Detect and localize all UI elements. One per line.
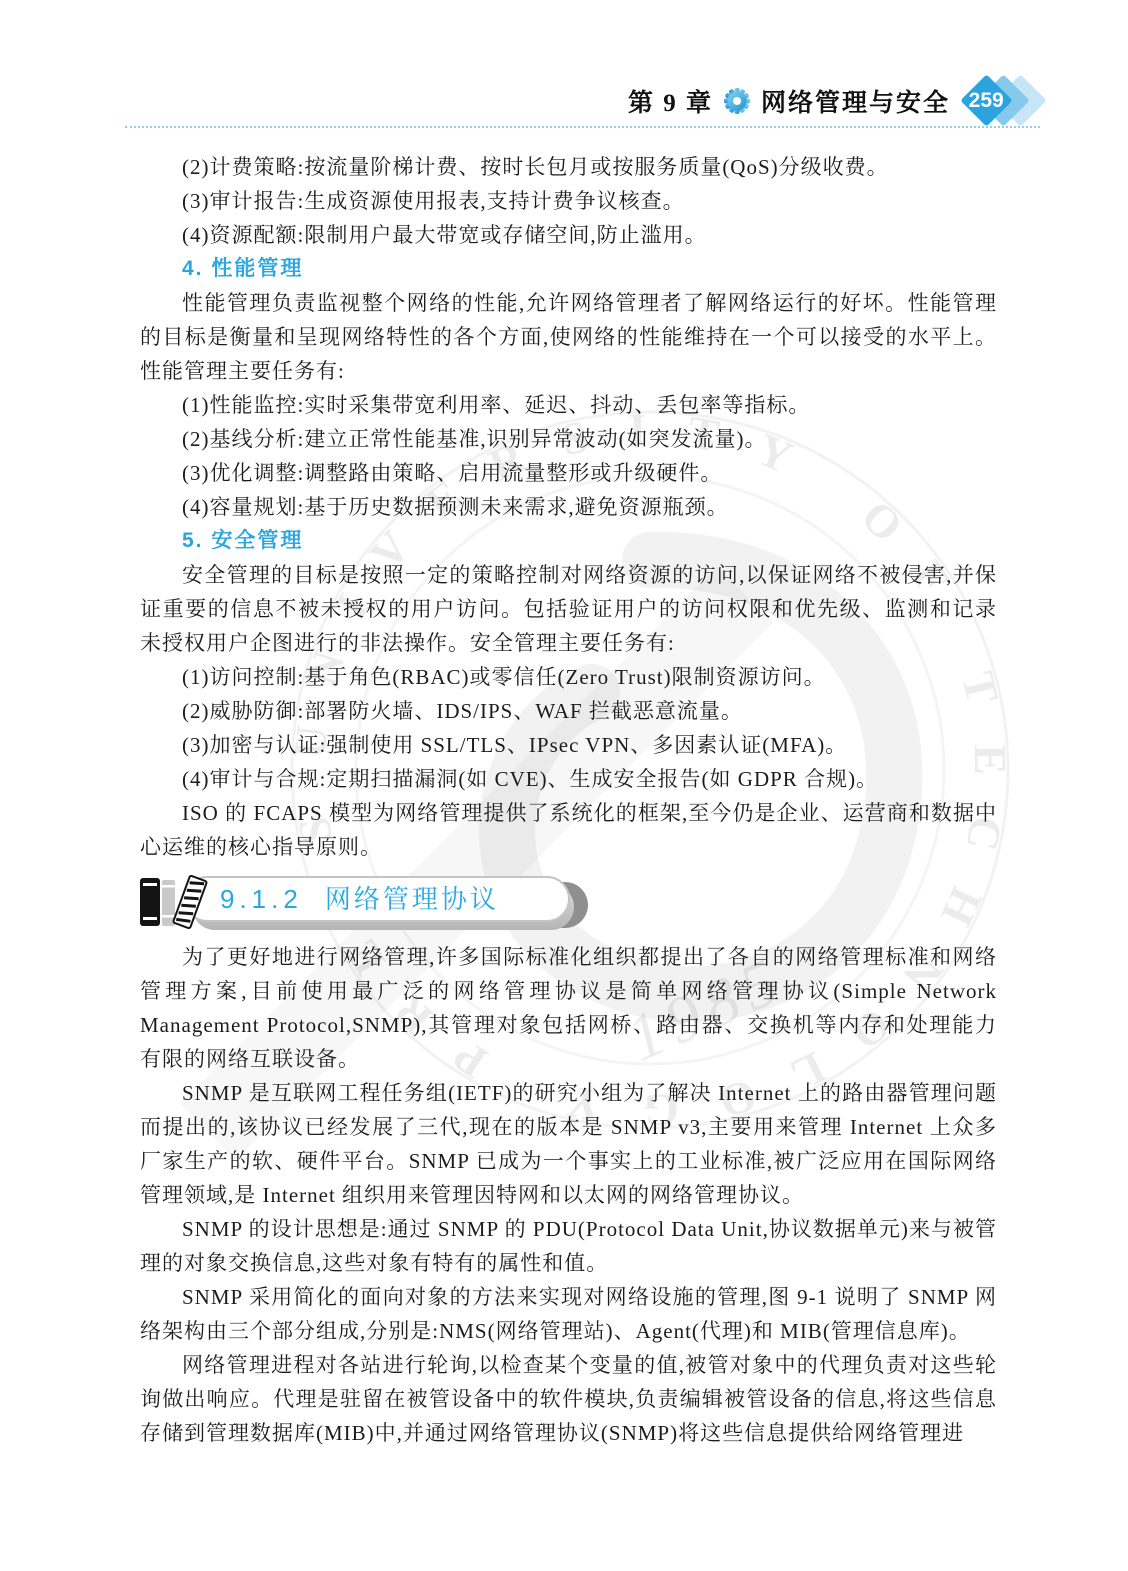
chapter-title: 网络管理与安全 [761, 83, 950, 119]
section-number: 9.1.2 [220, 882, 303, 916]
paragraph: SNMP 的设计思想是:通过 SNMP 的 PDU(Protocol Data … [140, 1212, 997, 1280]
page-number-badge: 259 [966, 75, 1058, 127]
paragraph: 网络管理进程对各站进行轮询,以检查某个变量的值,被管对象中的代理负责对这些轮询做… [140, 1348, 997, 1450]
paragraph: SNMP 采用简化的面向对象的方法来实现对网络设施的管理,图 9-1 说明了 S… [140, 1280, 997, 1348]
list-item: (4)容量规划:基于历史数据预测未来需求,避免资源瓶颈。 [140, 490, 997, 524]
header-divider [125, 126, 1040, 128]
list-item: (4)资源配额:限制用户最大带宽或存储空间,防止滥用。 [140, 218, 997, 252]
paragraph: 性能管理负责监视整个网络的性能,允许网络管理者了解网络运行的好坏。性能管理的目标… [140, 286, 997, 388]
page-header: 第 9 章 网络管理与安全 259 [125, 76, 1058, 126]
list-item: (4)审计与合规:定期扫描漏洞(如 CVE)、生成安全报告(如 GDPR 合规)… [140, 762, 997, 796]
book-page: UNIVERSITY OF TECHNOLOGY PRESS 1985 第 9 … [0, 0, 1128, 1571]
list-item: (2)威胁防御:部署防火墙、IDS/IPS、WAF 拦截恶意流量。 [140, 694, 997, 728]
list-item: (3)优化调整:调整路由策略、启用流量整形或升级硬件。 [140, 456, 997, 490]
banner-capsule: 9.1.2 网络管理协议 [184, 876, 570, 922]
books-icon [136, 870, 214, 932]
subheading-performance-management: 4. 性能管理 [140, 252, 997, 286]
section-banner: 9.1.2 网络管理协议 [140, 876, 997, 926]
list-item: (1)性能监控:实时采集带宽利用率、延迟、抖动、丢包率等指标。 [140, 388, 997, 422]
page-content: (2)计费策略:按流量阶梯计费、按时长包月或按服务质量(QoS)分级收费。 (3… [140, 150, 997, 1450]
list-item: (2)基线分析:建立正常性能基准,识别异常波动(如突发流量)。 [140, 422, 997, 456]
paragraph: SNMP 是互联网工程任务组(IETF)的研究小组为了解决 Internet 上… [140, 1076, 997, 1212]
chapter-label: 第 9 章 [628, 83, 713, 119]
section-title: 网络管理协议 [325, 882, 499, 916]
paragraph: 安全管理的目标是按照一定的策略控制对网络资源的访问,以保证网络不被侵害,并保证重… [140, 558, 997, 660]
paragraph: 为了更好地进行网络管理,许多国际标准化组织都提出了各自的网络管理标准和网络管理方… [140, 940, 997, 1076]
list-item: (1)访问控制:基于角色(RBAC)或零信任(Zero Trust)限制资源访问… [140, 660, 997, 694]
list-item: (3)审计报告:生成资源使用报表,支持计费争议核查。 [140, 184, 997, 218]
gear-icon [723, 87, 751, 115]
page-number: 259 [969, 88, 1004, 112]
list-item: (3)加密与认证:强制使用 SSL/TLS、IPsec VPN、多因素认证(MF… [140, 728, 997, 762]
paragraph: ISO 的 FCAPS 模型为网络管理提供了系统化的框架,至今仍是企业、运营商和… [140, 796, 997, 864]
subheading-security-management: 5. 安全管理 [140, 524, 997, 558]
list-item: (2)计费策略:按流量阶梯计费、按时长包月或按服务质量(QoS)分级收费。 [140, 150, 997, 184]
